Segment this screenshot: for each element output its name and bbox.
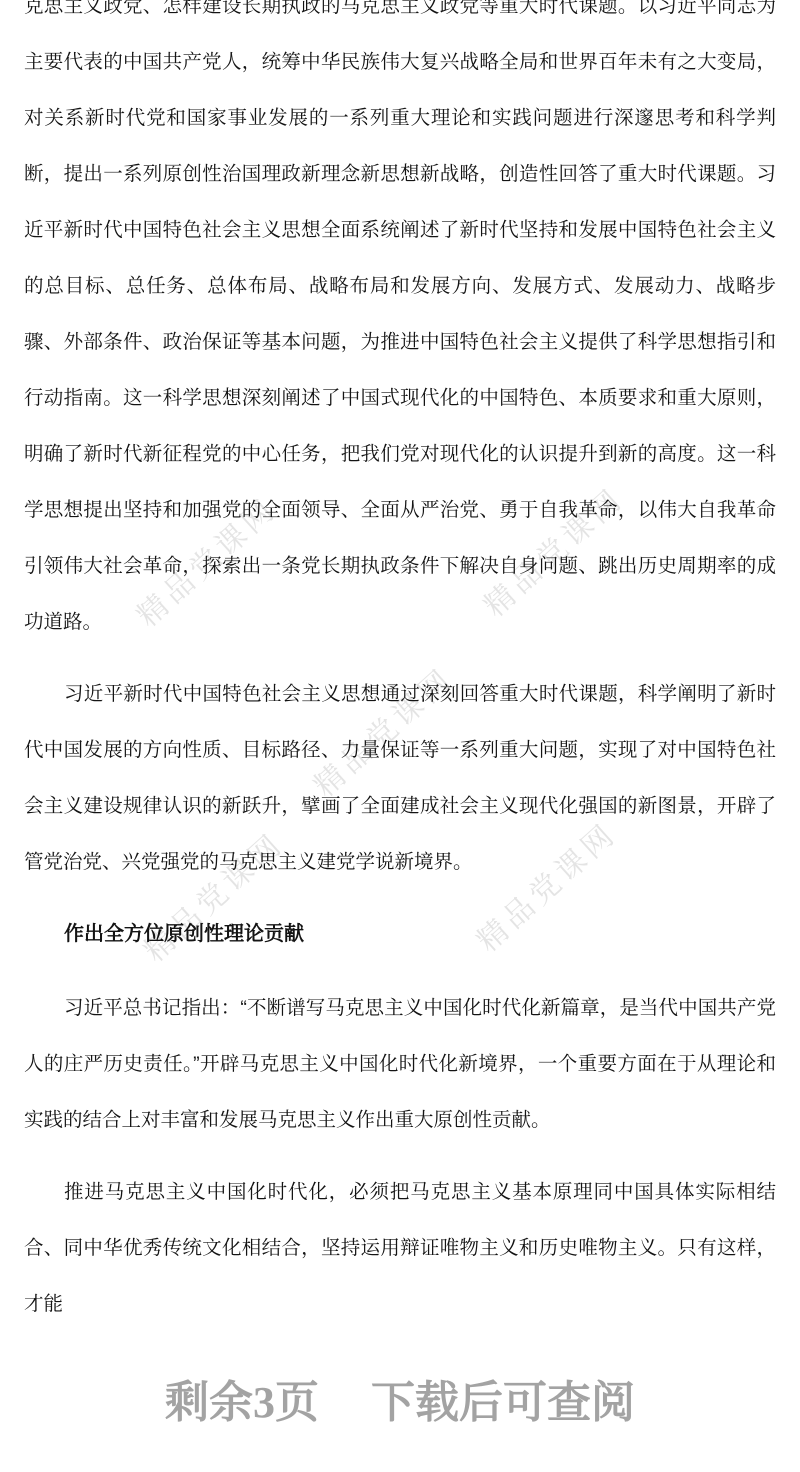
- paragraph-continuation: 克思主义政党、怎样建设长期执政的马克思主义政党等重大时代课题。以习近平同志为主要…: [24, 0, 776, 650]
- document-content: 克思主义政党、怎样建设长期执政的马克思主义政党等重大时代课题。以习近平同志为主要…: [24, 0, 776, 1348]
- paragraph: 推进马克思主义中国化时代化，必须把马克思主义基本原理同中国具体实际相结合、同中华…: [24, 1164, 776, 1332]
- paragraph: 习近平新时代中国特色社会主义思想通过深刻回答重大时代课题，科学阐明了新时代中国发…: [24, 666, 776, 890]
- section-heading: 作出全方位原创性理论贡献: [24, 906, 776, 962]
- page-footer: 剩余3页下载后可查阅: [0, 1366, 800, 1430]
- download-hint-label: 下载后可查阅: [371, 1378, 635, 1427]
- document-page: 精品党课网 精品党课网 精品党课网 精品党课网 精品党课网 克思主义政党、怎样建…: [0, 0, 800, 1472]
- paragraph: 习近平总书记指出：“不断谱写马克思主义中国化时代化新篇章，是当代中国共产党人的庄…: [24, 980, 776, 1148]
- remaining-pages-label: 剩余3页: [165, 1378, 319, 1427]
